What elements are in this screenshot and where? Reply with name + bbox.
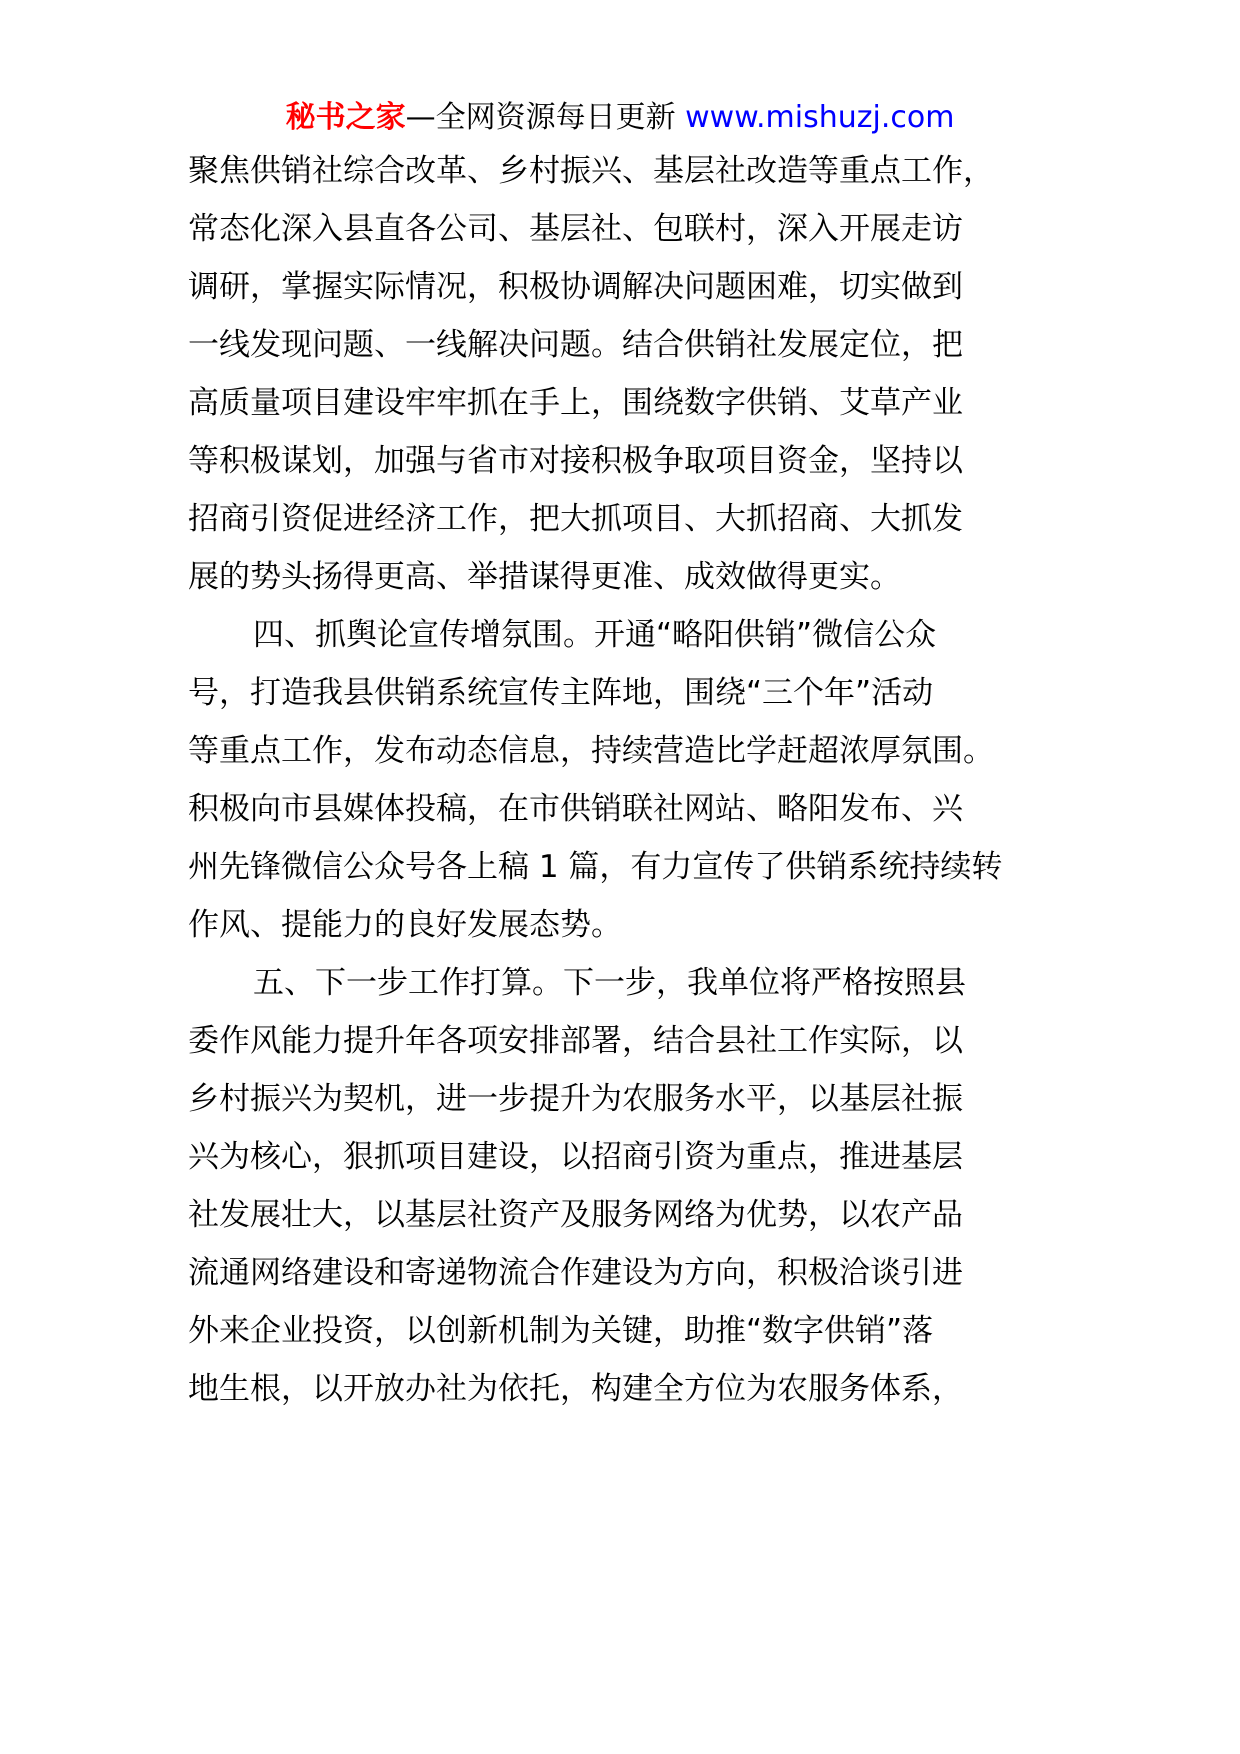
body-line: 乡村振兴为契机，进一步提升为农服务水平，以基层社振 (188, 1079, 963, 1119)
body-line: 积极向市县媒体投稿，在市供销联社网站、略阳发布、兴 (188, 789, 963, 829)
section-four-heading-line: 四、抓舆论宣传增氛围。开通“略阳供销”微信公众 (253, 615, 936, 655)
body-line: 一线发现问题、一线解决问题。结合供销社发展定位，把 (188, 325, 963, 365)
body-line: 等积极谋划，加强与省市对接积极争取项目资金，坚持以 (188, 441, 963, 481)
body-line: 等重点工作，发布动态信息，持续营造比学赶超浓厚氛围。 (188, 731, 994, 771)
body-line: 号，打造我县供销系统宣传主阵地，围绕“三个年”活动 (188, 673, 933, 713)
body-line: 聚焦供销社综合改革、乡村振兴、基层社改造等重点工作， (188, 151, 994, 191)
body-line: 兴为核心，狠抓项目建设，以招商引资为重点，推进基层 (188, 1137, 963, 1177)
body-line: 流通网络建设和寄递物流合作建设为方向，积极洽谈引进 (188, 1253, 963, 1293)
body-line: 招商引资促进经济工作，把大抓项目、大抓招商、大抓发 (188, 499, 963, 539)
body-line: 社发展壮大，以基层社资产及服务网络为优势，以农产品 (188, 1195, 963, 1235)
section-five-heading-line: 五、下一步工作打算。下一步，我单位将严格按照县 (253, 963, 966, 1003)
body-line: 调研，掌握实际情况，积极协调解决问题困难，切实做到 (188, 267, 963, 307)
body-line: 常态化深入县直各公司、基层社、包联村，深入开展走访 (188, 209, 963, 249)
body-line: 作风、提能力的良好发展态势。 (188, 905, 622, 945)
body-line: 外来企业投资，以创新机制为关键，助推“数字供销”落 (188, 1311, 933, 1351)
body-line: 委作风能力提升年各项安排部署，结合县社工作实际，以 (188, 1021, 963, 1061)
body-line: 地生根，以开放办社为依托，构建全方位为农服务体系， (188, 1369, 963, 1409)
body-line: 高质量项目建设牢牢抓在手上，围绕数字供销、艾草产业 (188, 383, 963, 423)
body-line: 展的势头扬得更高、举措谋得更准、成效做得更实。 (188, 557, 901, 597)
document-body: 聚焦供销社综合改革、乡村振兴、基层社改造等重点工作， 常态化深入县直各公司、基层… (0, 0, 1240, 1754)
body-line: 州先锋微信公众号各上稿 1 篇，有力宣传了供销系统持续转 (188, 847, 1002, 887)
